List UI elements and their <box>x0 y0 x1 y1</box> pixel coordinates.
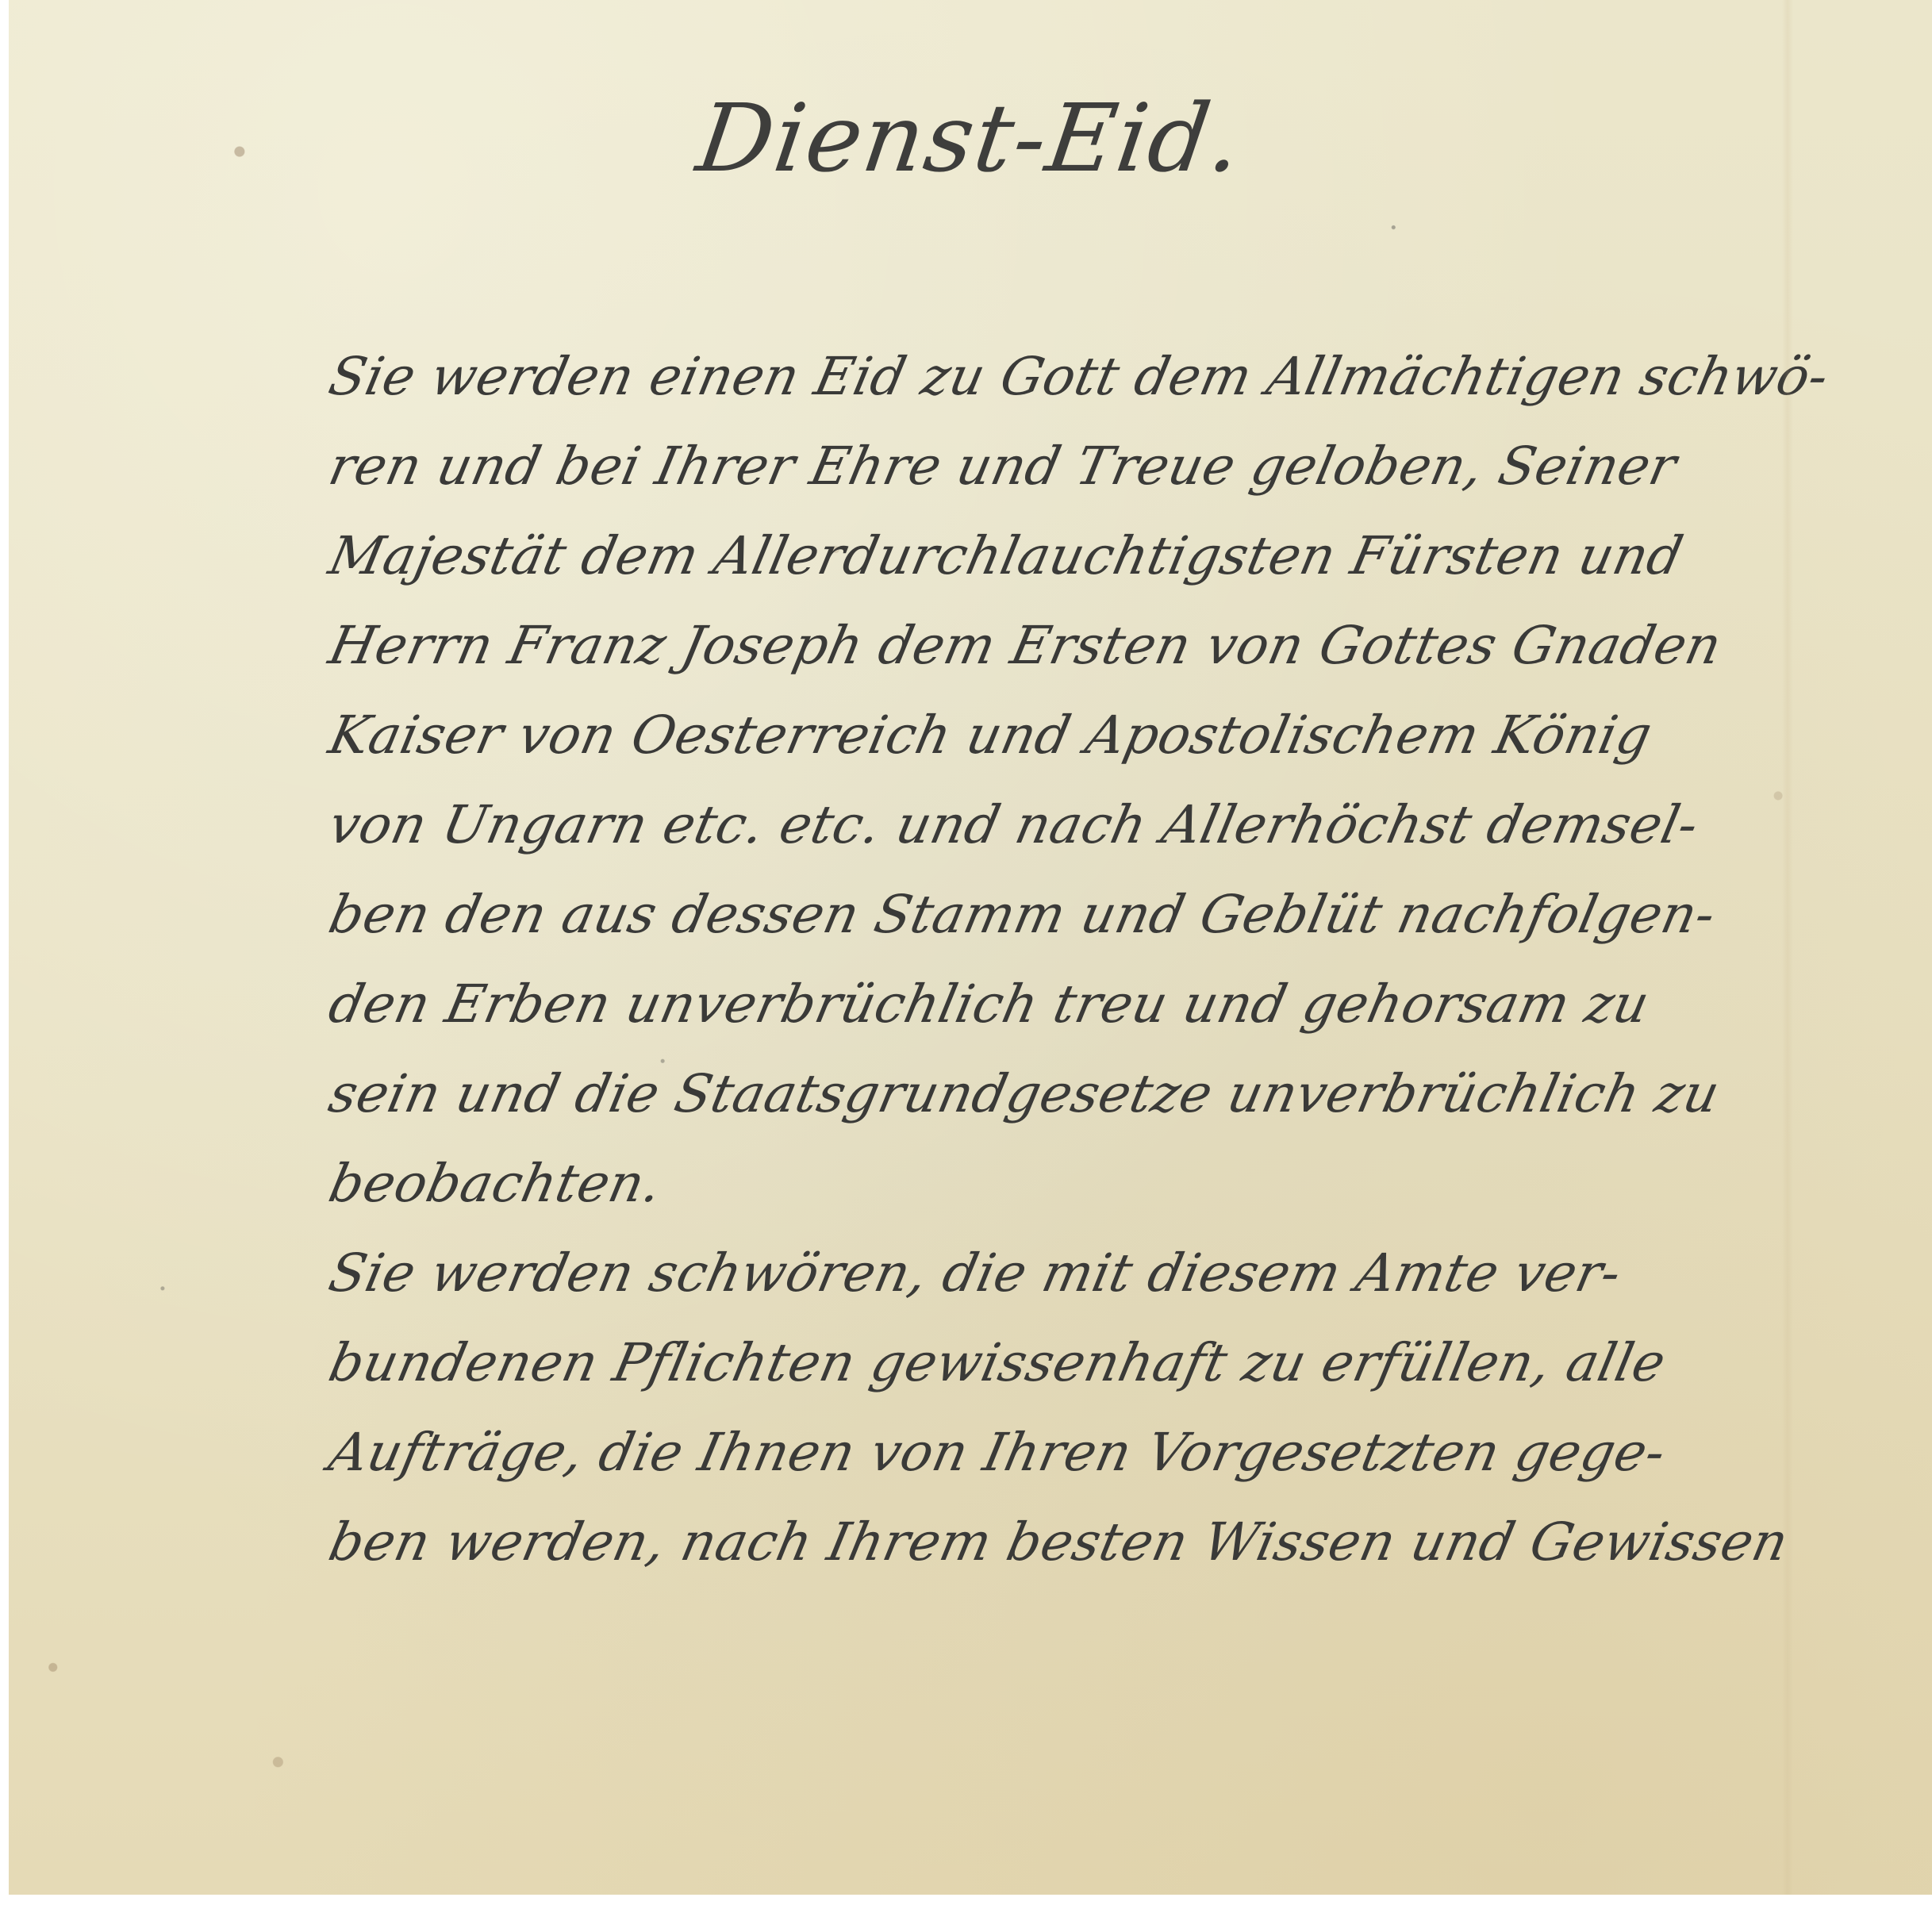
text-line-content: Herrn Franz Joseph dem Ersten von Gottes… <box>325 620 1726 672</box>
text-line-content: Aufträge, die Ihnen von Ihren Vorgesetzt… <box>325 1427 1670 1479</box>
text-line-content: Majestät dem Allerdurchlauchtigsten Fürs… <box>325 530 1688 582</box>
text-line: Sie werden einen Eid zu Gott dem Allmäch… <box>330 313 1877 403</box>
text-line: ben werden, nach Ihrem besten Wissen und… <box>330 1479 1877 1569</box>
text-line-content: den Erben unverbrüchlich treu und gehors… <box>325 978 1654 1031</box>
text-line: sein und die Staatsgrundgesetze unverbrü… <box>330 1031 1877 1120</box>
text-line-content: ren und bei Ihrer Ehre und Treue geloben… <box>325 440 1681 493</box>
text-line: ben den aus dessen Stamm und Geblüt nach… <box>330 851 1877 941</box>
text-line-content: ben werden, nach Ihrem besten Wissen und… <box>325 1516 1793 1569</box>
text-line-content: Sie werden einen Eid zu Gott dem Allmäch… <box>325 351 1833 403</box>
document-title: Dienst-Eid. <box>2 91 1932 185</box>
text-line-content: ben den aus dessen Stamm und Geblüt nach… <box>325 889 1720 941</box>
text-line: Kaiser von Oesterreich und Apostolischem… <box>330 672 1877 762</box>
text-line: Aufträge, die Ihnen von Ihren Vorgesetzt… <box>330 1389 1877 1479</box>
text-line: beobachten. <box>330 1120 1877 1210</box>
text-line-content: Sie werden schwören, die mit diesem Amte… <box>325 1247 1626 1300</box>
paper-page: Dienst-Eid. Sie werden einen Eid zu Gott… <box>9 0 1932 1895</box>
text-line: den Erben unverbrüchlich treu und gehors… <box>330 941 1877 1031</box>
text-line-content: beobachten. <box>325 1158 666 1210</box>
text-line: Majestät dem Allerdurchlauchtigsten Fürs… <box>330 493 1877 582</box>
text-line-content: bundenen Pflichten gewissenhaft zu erfül… <box>325 1337 1670 1389</box>
text-line: Sie werden schwören, die mit diesem Amte… <box>330 1210 1877 1300</box>
text-line-content: Kaiser von Oesterreich und Apostolischem… <box>325 709 1656 762</box>
text-line: von Ungarn etc. etc. und nach Allerhöchs… <box>330 762 1877 851</box>
text-line: ren und bei Ihrer Ehre und Treue geloben… <box>330 403 1877 493</box>
text-line: bundenen Pflichten gewissenhaft zu erfül… <box>330 1300 1877 1389</box>
text-line-content: sein und die Staatsgrundgesetze unverbrü… <box>325 1068 1724 1120</box>
oath-text: Sie werden einen Eid zu Gott dem Allmäch… <box>330 313 1877 1569</box>
text-line: Herrn Franz Joseph dem Ersten von Gottes… <box>330 582 1877 672</box>
text-line-content: von Ungarn etc. etc. und nach Allerhöchs… <box>325 799 1703 851</box>
